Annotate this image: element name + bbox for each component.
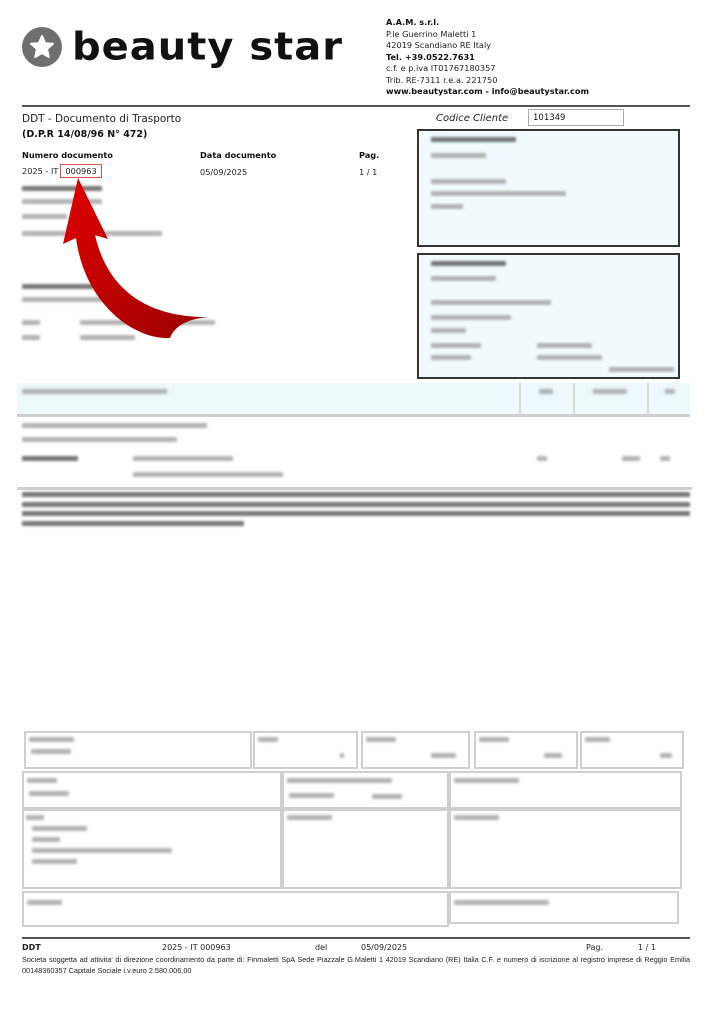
curved-arrow-icon bbox=[0, 0, 720, 1024]
